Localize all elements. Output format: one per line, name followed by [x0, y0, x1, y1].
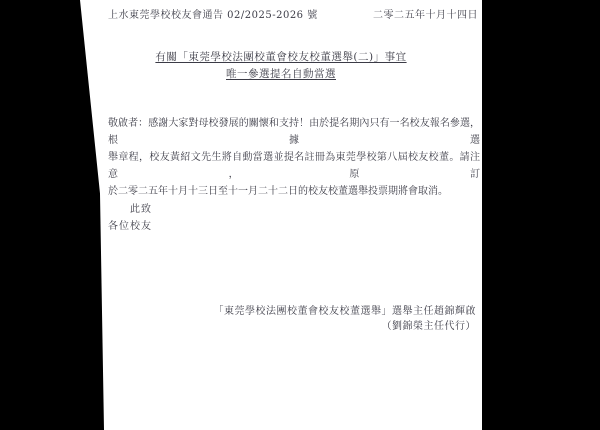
document-viewer-background: 上水東莞學校校友會通告 02/2025-2026 號 二零二五年十月十四日 有關…	[0, 0, 600, 430]
closing-addressee: 各位校友	[108, 217, 152, 232]
notice-header: 上水東莞學校校友會通告 02/2025-2026 號 二零二五年十月十四日	[108, 6, 478, 21]
signature-block: 「東莞學校法團校董會校友校董選舉」選舉主任趙錦輝啟 （劉錦榮主任代行）	[108, 304, 476, 334]
notice-title-line2-text: 唯一參選提名自動當選	[226, 68, 336, 80]
notice-body: 敬啟者：感謝大家對母校發展的關懷和支持！由於提名期內只有一名校友報名參選，根據選…	[108, 115, 480, 200]
body-line-3: 於二零二五年十月十三日至十一月二十二日的校友校董選舉投票期將會取消。	[108, 183, 480, 200]
body-line-1: 敬啟者：感謝大家對母校發展的關懷和支持！由於提名期內只有一名校友報名參選，根據選	[108, 115, 480, 149]
signature-line-2: （劉錦榮主任代行）	[108, 319, 476, 334]
notice-date: 二零二五年十月十四日	[373, 6, 478, 21]
closing-salutation: 此致	[130, 200, 152, 215]
notice-title-line2: 唯一參選提名自動當選	[80, 66, 482, 81]
notice-title-line1: 有關「東莞學校法團校董會校友校董選舉(二)」事宜	[80, 49, 482, 64]
body-line-2: 舉章程，校友黃紹文先生將自動當選並提名註冊為東莞學校第八屆校友校董。請注意，原訂	[108, 149, 480, 183]
notice-page: 上水東莞學校校友會通告 02/2025-2026 號 二零二五年十月十四日 有關…	[80, 0, 482, 430]
notice-number: 上水東莞學校校友會通告 02/2025-2026 號	[108, 6, 318, 21]
signature-line-1: 「東莞學校法團校董會校友校董選舉」選舉主任趙錦輝啟	[108, 304, 476, 319]
notice-title-line1-text: 有關「東莞學校法團校董會校友校董選舉(二)」事宜	[155, 51, 406, 63]
